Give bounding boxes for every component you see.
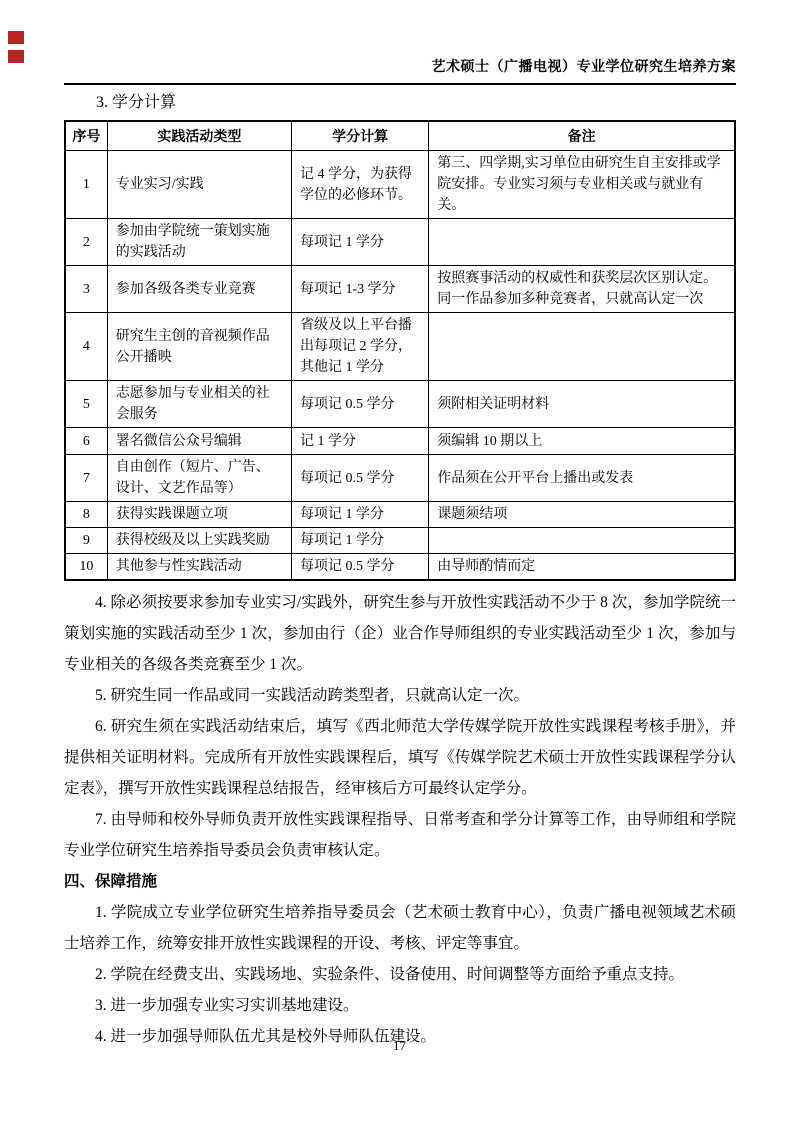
credit-calculation-table: 序号 实践活动类型 学分计算 备注 1 专业实习/实践 记 4 学分，为获得学位… <box>64 120 736 581</box>
paragraph-item-5: 5. 研究生同一作品或同一实践活动跨类型者，只就高认定一次。 <box>64 680 736 711</box>
cell-activity: 专业实习/实践 <box>107 151 291 219</box>
table-row: 1 专业实习/实践 记 4 学分，为获得学位的必修环节。 第三、四学期,实习单位… <box>65 151 735 219</box>
cell-seq: 10 <box>65 554 107 581</box>
cell-seq: 9 <box>65 528 107 554</box>
col-header-credit-calc: 学分计算 <box>291 121 428 151</box>
cell-remark: 课题须结项 <box>429 502 735 528</box>
table-row: 6 署名微信公众号编辑 记 1 学分 须编辑 10 期以上 <box>65 428 735 455</box>
cell-seq: 8 <box>65 502 107 528</box>
cell-seq: 5 <box>65 381 107 428</box>
cell-remark: 第三、四学期,实习单位由研究生自主安排或学院安排。专业实习须与专业相关或与就业有… <box>429 151 735 219</box>
page-number: 17 <box>0 1038 799 1054</box>
table-row: 3 参加各级各类专业竞赛 每项记 1-3 学分 按照赛事活动的权威性和获奖层次区… <box>65 266 735 313</box>
table-row: 7 自由创作（短片、广告、设计、文艺作品等） 每项记 0.5 学分 作品须在公开… <box>65 455 735 502</box>
cell-credit: 每项记 1 学分 <box>291 219 428 266</box>
document-header-title: 艺术硕士（广播电视）专业学位研究生培养方案 <box>64 56 736 85</box>
cell-activity: 志愿参加与专业相关的社会服务 <box>107 381 291 428</box>
cell-remark: 由导师酌情而定 <box>429 554 735 581</box>
cell-seq: 4 <box>65 313 107 381</box>
cell-remark: 须附相关证明材料 <box>429 381 735 428</box>
cell-credit: 每项记 1 学分 <box>291 502 428 528</box>
cell-seq: 2 <box>65 219 107 266</box>
cell-seq: 1 <box>65 151 107 219</box>
cell-activity: 获得校级及以上实践奖励 <box>107 528 291 554</box>
cell-remark <box>429 313 735 381</box>
cell-seq: 6 <box>65 428 107 455</box>
body-text-block: 4. 除必须按要求参加专业实习/实践外，研究生参与开放性实践活动不少于 8 次，… <box>64 587 736 1052</box>
cell-remark: 作品须在公开平台上播出或发表 <box>429 455 735 502</box>
cell-remark: 须编辑 10 期以上 <box>429 428 735 455</box>
section-heading-credit-calculation: 3. 学分计算 <box>64 87 736 119</box>
safeguard-item-1: 1. 学院成立专业学位研究生培养指导委员会（艺术硕士教育中心），负责广播电视领域… <box>64 897 736 959</box>
cell-remark <box>429 219 735 266</box>
cell-activity: 其他参与性实践活动 <box>107 554 291 581</box>
cell-credit: 记 4 学分，为获得学位的必修环节。 <box>291 151 428 219</box>
cell-credit: 每项记 1 学分 <box>291 528 428 554</box>
red-annotation-mark <box>8 31 24 44</box>
cell-credit: 记 1 学分 <box>291 428 428 455</box>
cell-seq: 3 <box>65 266 107 313</box>
cell-activity: 署名微信公众号编辑 <box>107 428 291 455</box>
section-heading-safeguard-measures: 四、保障措施 <box>64 866 736 897</box>
paragraph-item-7: 7. 由导师和校外导师负责开放性实践课程指导、日常考查和学分计算等工作，由导师组… <box>64 804 736 866</box>
cell-activity: 参加由学院统一策划实施的实践活动 <box>107 219 291 266</box>
red-annotation-mark <box>8 50 24 63</box>
cell-activity: 研究生主创的音视频作品公开播映 <box>107 313 291 381</box>
cell-credit: 每项记 1-3 学分 <box>291 266 428 313</box>
cell-credit: 每项记 0.5 学分 <box>291 381 428 428</box>
col-header-remarks: 备注 <box>429 121 735 151</box>
cell-activity: 参加各级各类专业竞赛 <box>107 266 291 313</box>
table-row: 2 参加由学院统一策划实施的实践活动 每项记 1 学分 <box>65 219 735 266</box>
cell-remark: 按照赛事活动的权威性和获奖层次区别认定。同一作品参加多种竞赛者，只就高认定一次 <box>429 266 735 313</box>
cell-seq: 7 <box>65 455 107 502</box>
table-row: 4 研究生主创的音视频作品公开播映 省级及以上平台播出每项记 2 学分，其他记 … <box>65 313 735 381</box>
table-header-row: 序号 实践活动类型 学分计算 备注 <box>65 121 735 151</box>
cell-activity: 自由创作（短片、广告、设计、文艺作品等） <box>107 455 291 502</box>
paragraph-item-4: 4. 除必须按要求参加专业实习/实践外，研究生参与开放性实践活动不少于 8 次，… <box>64 587 736 680</box>
col-header-activity-type: 实践活动类型 <box>107 121 291 151</box>
cell-credit: 每项记 0.5 学分 <box>291 554 428 581</box>
safeguard-item-3: 3. 进一步加强专业实习实训基地建设。 <box>64 990 736 1021</box>
cell-credit: 每项记 0.5 学分 <box>291 455 428 502</box>
col-header-seq: 序号 <box>65 121 107 151</box>
cell-remark <box>429 528 735 554</box>
table-row: 10 其他参与性实践活动 每项记 0.5 学分 由导师酌情而定 <box>65 554 735 581</box>
table-row: 8 获得实践课题立项 每项记 1 学分 课题须结项 <box>65 502 735 528</box>
paragraph-item-6: 6. 研究生须在实践活动结束后，填写《西北师范大学传媒学院开放性实践课程考核手册… <box>64 711 736 804</box>
document-page: 艺术硕士（广播电视）专业学位研究生培养方案 3. 学分计算 序号 实践活动类型 … <box>64 0 736 1052</box>
table-row: 9 获得校级及以上实践奖励 每项记 1 学分 <box>65 528 735 554</box>
table-row: 5 志愿参加与专业相关的社会服务 每项记 0.5 学分 须附相关证明材料 <box>65 381 735 428</box>
cell-activity: 获得实践课题立项 <box>107 502 291 528</box>
safeguard-item-2: 2. 学院在经费支出、实践场地、实验条件、设备使用、时间调整等方面给予重点支持。 <box>64 959 736 990</box>
cell-credit: 省级及以上平台播出每项记 2 学分，其他记 1 学分 <box>291 313 428 381</box>
